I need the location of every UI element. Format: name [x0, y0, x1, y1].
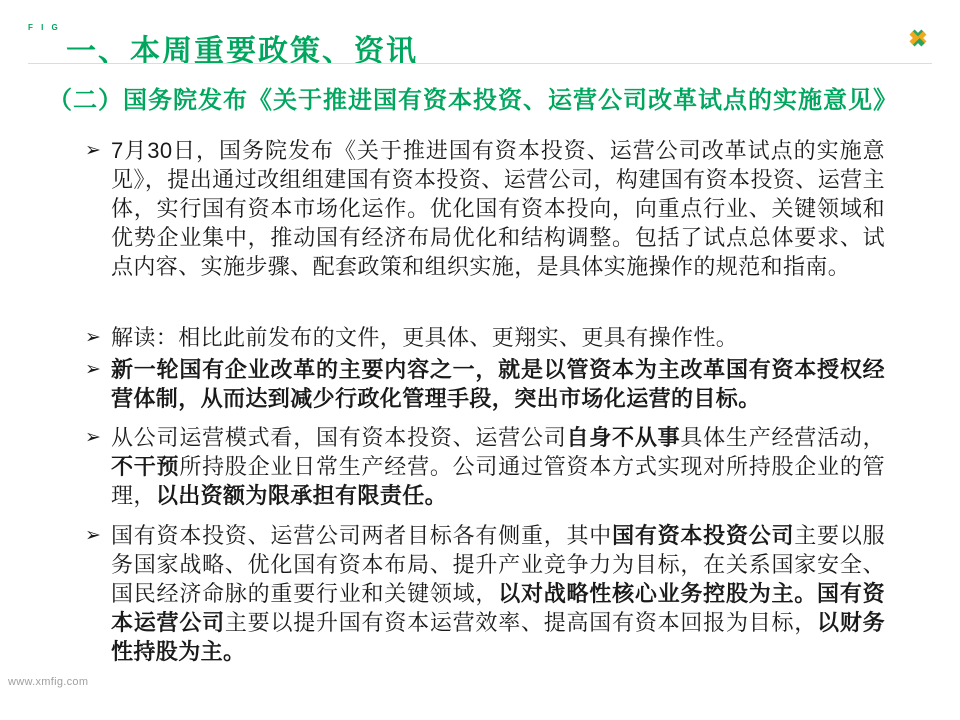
arrowhead-bullet-icon: ➢: [85, 323, 111, 352]
bullet-text: 从公司运营模式看，国有资本投资、运营公司自身不从事具体生产经营活动，不干预所持股…: [111, 423, 885, 510]
arrowhead-bullet-icon: ➢: [85, 355, 111, 384]
arrowhead-bullet-icon: ➢: [85, 136, 111, 165]
section-subtitle: （二）国务院发布《关于推进国有资本投资、运营公司改革试点的实施意见》: [48, 80, 928, 115]
arrowhead-bullet-icon: ➢: [85, 521, 111, 550]
bullet-item: ➢解读：相比此前发布的文件，更具体、更翔实、更具有操作性。: [85, 323, 885, 352]
bullet-text: 国有资本投资、运营公司两者目标各有侧重，其中国有资本投资公司主要以服务国家战略、…: [111, 521, 885, 666]
bullet-text: 7月30日，国务院发布《关于推进国有资本投资、运营公司改革试点的实施意见》，提出…: [111, 136, 885, 281]
slide: F I G 一、本周重要政策、资讯 （二）国务院发布《关于推进国有资本投资、运营…: [0, 0, 960, 720]
pinwheel-logo-icon: [904, 24, 932, 52]
bullet-item: ➢7月30日，国务院发布《关于推进国有资本投资、运营公司改革试点的实施意见》，提…: [85, 136, 885, 281]
bullet-text: 解读：相比此前发布的文件，更具体、更翔实、更具有操作性。: [111, 323, 885, 352]
bullet-text: 新一轮国有企业改革的主要内容之一，就是以管资本为主改革国有资本授权经营体制，从而…: [111, 355, 885, 413]
title-divider: [28, 63, 932, 64]
bullet-item: ➢从公司运营模式看，国有资本投资、运营公司自身不从事具体生产经营活动，不干预所持…: [85, 423, 885, 510]
arrowhead-bullet-icon: ➢: [85, 423, 111, 452]
bullet-item: ➢国有资本投资、运营公司两者目标各有侧重，其中国有资本投资公司主要以服务国家战略…: [85, 521, 885, 666]
bullet-list: ➢7月30日，国务院发布《关于推进国有资本投资、运营公司改革试点的实施意见》，提…: [85, 136, 885, 666]
bullet-item: ➢新一轮国有企业改革的主要内容之一，就是以管资本为主改革国有资本授权经营体制，从…: [85, 355, 885, 413]
watermark-url: www.xmfig.com: [8, 676, 88, 688]
brand-mark: F I G: [28, 23, 61, 32]
